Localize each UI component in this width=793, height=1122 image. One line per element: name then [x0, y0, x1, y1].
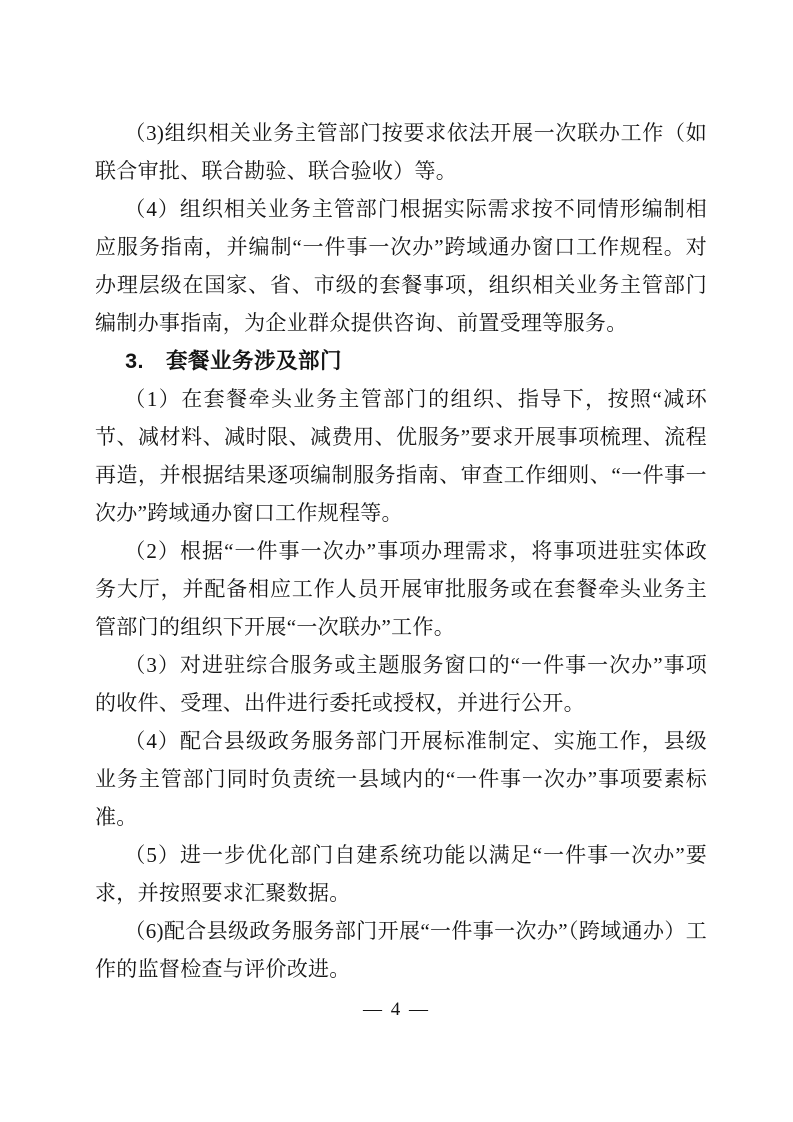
paragraph-1: （1）在套餐牵头业务主管部门的组织、指导下，按照“减环节、减材料、减时限、减费用…	[95, 380, 707, 532]
document-page: （3)组织相关业务主管部门按要求依法开展一次联办工作（如联合审批、联合勘验、联合…	[0, 0, 793, 1122]
document-body: （3)组织相关业务主管部门按要求依法开展一次联办工作（如联合审批、联合勘验、联合…	[95, 114, 707, 988]
paragraph-2: （2）根据“一件事一次办”事项办理需求，将事项进驻实体政务大厅，并配备相应工作人…	[95, 532, 707, 646]
paragraph-3-prev-section: （3)组织相关业务主管部门按要求依法开展一次联办工作（如联合审批、联合勘验、联合…	[95, 114, 707, 190]
section-heading: 3. 套餐业务涉及部门	[95, 342, 707, 380]
paragraph-4-prev-section: （4）组织相关业务主管部门根据实际需求按不同情形编制相应服务指南，并编制“一件事…	[95, 190, 707, 342]
paragraph-5: （5）进一步优化部门自建系统功能以满足“一件事一次办”要求，并按照要求汇聚数据。	[95, 836, 707, 912]
paragraph-6: （6)配合县级政务服务部门开展“一件事一次办”（跨域通办）工作的监督检查与评价改…	[95, 912, 707, 988]
paragraph-3: （3）对进驻综合服务或主题服务窗口的“一件事一次办”事项的收件、受理、出件进行委…	[95, 646, 707, 722]
page-number: — 4 —	[0, 996, 793, 1024]
paragraph-4: （4）配合县级政务服务部门开展标准制定、实施工作，县级业务主管部门同时负责统一县…	[95, 722, 707, 836]
